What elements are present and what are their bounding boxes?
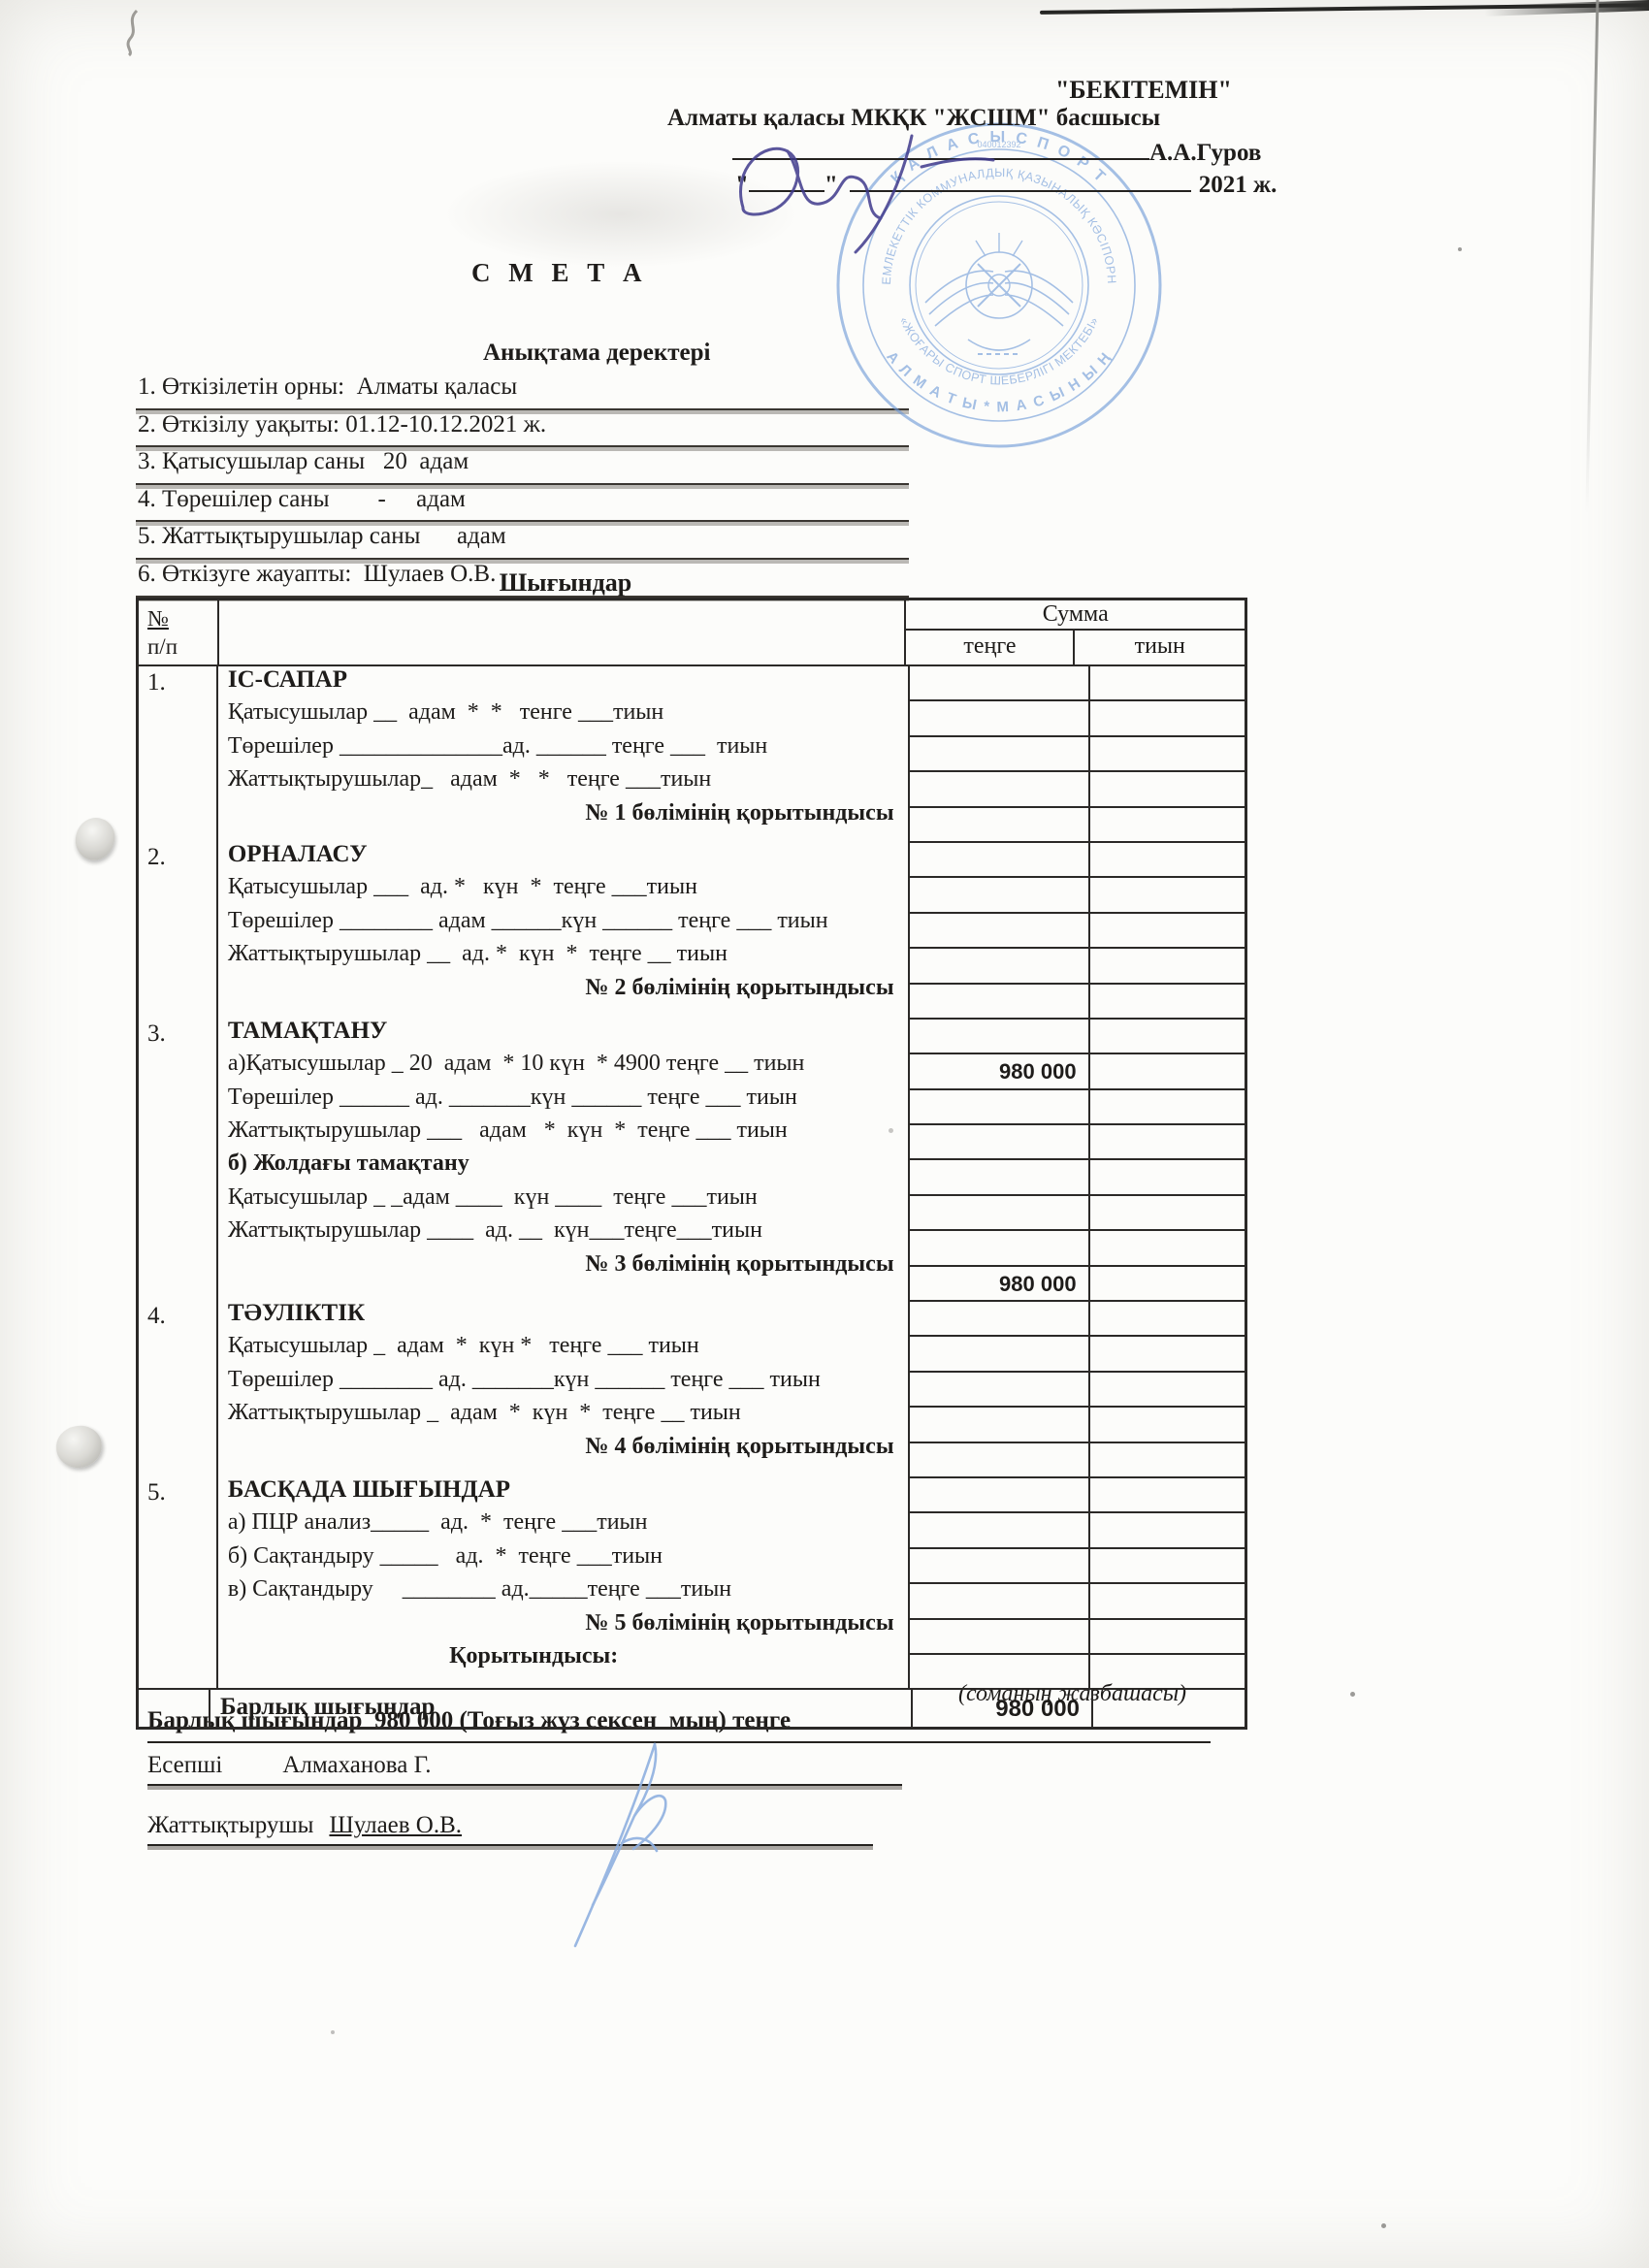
amount-tenge-cell: [910, 1655, 1090, 1688]
scan-artifact-blob: [71, 814, 118, 864]
coach-label: Жаттықтырушы: [147, 1812, 313, 1838]
tiyn-column-header: тиын: [1075, 631, 1245, 664]
amount-row: [910, 1194, 1245, 1229]
amount-tiyn-cell: [1090, 701, 1245, 734]
amount-tenge-cell: [910, 878, 1090, 911]
amount-row: [910, 983, 1245, 1018]
amount-tenge-cell: [910, 1513, 1090, 1546]
table-header: № п/п Сумма теңге тиын: [139, 600, 1245, 666]
amount-row: [910, 876, 1245, 911]
section-amounts: [910, 1476, 1245, 1688]
section-lines: ТАМАҚТАНУа)Қатысушылар _ 20 адам * 10 кү…: [218, 1018, 910, 1300]
amount-row: [910, 1018, 1245, 1053]
amount-tenge-cell: [910, 1020, 1090, 1053]
total-label: Барлық шығындар: [210, 1690, 913, 1727]
coach-name: Шулаев О.В.: [329, 1812, 462, 1838]
amount-tiyn-cell: [1090, 1584, 1245, 1617]
amount-row: [910, 666, 1245, 699]
expense-line: № 2 бөлімінің қорытындысы: [228, 975, 908, 1008]
expense-line: ТӘУЛІКТІК: [228, 1300, 908, 1333]
section-number: 5.: [139, 1476, 218, 1688]
amount-row: [910, 1582, 1245, 1617]
amount-tiyn-cell: [1090, 1549, 1245, 1582]
expense-line: Қорытындысы:: [228, 1643, 908, 1676]
coach-signature-row: ЖаттықтырушыШулаев О.В.: [147, 1812, 873, 1846]
expense-line: № 3 бөлімінің қорытындысы: [228, 1251, 908, 1284]
expense-table-body: 1.ІС-САПАРҚатысушылар __ адам * * тенге …: [139, 666, 1245, 1688]
amount-tiyn-cell: [1090, 737, 1245, 770]
section-lines: ОРНАЛАСУҚатысушылар ___ ад. * күн * теңг…: [218, 841, 910, 1018]
document-title: С М Е Т А: [471, 258, 648, 288]
expense-line: Жаттықтырушылар _ адам * күн * теңге __ …: [228, 1400, 908, 1433]
table-section: 4.ТӘУЛІКТІКҚатысушылар _ адам * күн * те…: [139, 1300, 1245, 1476]
expense-line: б) Сақтандыру _____ ад. * теңге ___тиын: [228, 1543, 908, 1576]
amount-tiyn-cell: [1090, 1443, 1245, 1476]
amount-tiyn-cell: [1090, 1196, 1245, 1229]
amount-tiyn-cell: [1090, 1408, 1245, 1441]
expense-line: ТАМАҚТАНУ: [228, 1018, 908, 1051]
amount-tiyn-cell: [1090, 1302, 1245, 1335]
amount-row: [910, 912, 1245, 947]
expense-line: Қатысушылар __ адам * * тенге ___тиын: [228, 699, 908, 732]
amount-tiyn-cell: [1090, 1655, 1245, 1688]
amount-tenge-cell: [910, 701, 1090, 734]
amount-tiyn-cell: [1090, 914, 1245, 947]
expense-line: в) Сақтандыру ________ ад._____теңге ___…: [228, 1576, 908, 1609]
amount-tenge-cell: [910, 985, 1090, 1018]
expense-line: Қатысушылар ___ ад. * күн * теңге ___тиы…: [228, 874, 908, 907]
amount-row: [910, 699, 1245, 734]
reference-lines: 1. Өткізілетін орны: Алматы қаласы2. Өтк…: [136, 373, 909, 598]
svg-text:«ЖОҒАРЫ СПОРТ ШЕБЕРЛІГІ МЕКТЕБ: «ЖОҒАРЫ СПОРТ ШЕБЕРЛІГІ МЕКТЕБІ»: [897, 315, 1102, 388]
section-number: 1.: [139, 666, 218, 841]
amount-tiyn-cell: [1090, 1373, 1245, 1406]
scan-speck: [331, 2030, 335, 2034]
amount-tiyn-cell: [1090, 878, 1245, 911]
amount-row: [910, 770, 1245, 805]
reference-heading: Анықтама деректері: [483, 340, 710, 367]
amount-tenge-cell: [910, 949, 1090, 982]
amount-row: [910, 1158, 1245, 1193]
expenses-table: № п/п Сумма теңге тиын 1.ІС-САПАРҚатысуш…: [136, 598, 1247, 1730]
number-sign: №: [147, 604, 217, 632]
accountant-label: Есепші: [147, 1752, 222, 1778]
section-number: 2.: [139, 841, 218, 1018]
amount-row: [910, 1088, 1245, 1123]
section-amounts: [910, 666, 1245, 841]
amount-tenge-cell: [910, 1125, 1090, 1158]
amount-tiyn-cell: [1090, 843, 1245, 876]
table-section: 3.ТАМАҚТАНУа)Қатысушылар _ 20 адам * 10 …: [139, 1018, 1245, 1300]
expense-line: № 5 бөлімінің қорытындысы: [228, 1610, 908, 1643]
amount-tiyn-cell: [1090, 985, 1245, 1018]
amount-tenge-cell: [910, 737, 1090, 770]
section-amounts: [910, 1300, 1245, 1476]
scanned-document-page: Қ А Л А С Ы С П О Р Т А Л М А Т Ы * М А …: [0, 0, 1649, 2268]
amount-tenge-cell: [910, 914, 1090, 947]
scan-speck: [1350, 1692, 1355, 1697]
scan-artifact-corner: [1484, 0, 1649, 16]
amount-tiyn-cell: [1090, 772, 1245, 805]
amount-tiyn-cell: [1090, 1337, 1245, 1370]
stamp-inner-bottom-text: «ЖОҒАРЫ СПОРТ ШЕБЕРЛІГІ МЕКТЕБІ»: [897, 315, 1102, 388]
reference-line: 1. Өткізілетін орны: Алматы қаласы: [136, 373, 909, 410]
amount-tiyn-cell: [1090, 1620, 1245, 1653]
amount-row: [910, 1229, 1245, 1264]
expense-line: Қатысушылар _ _адам ____ күн ____ теңге …: [228, 1184, 908, 1217]
amount-row: [910, 806, 1245, 841]
amount-tenge-cell: [910, 772, 1090, 805]
amount-tenge-cell: [910, 666, 1090, 699]
expense-line: Жаттықтырушылар ___ адам * күн * теңге _…: [228, 1118, 908, 1150]
amount-tenge-cell: 980 000: [910, 1267, 1090, 1300]
reference-line: 3. Қатысушылар саны 20 адам: [136, 447, 909, 485]
expense-line: Жаттықтырушылар ____ ад. __ күн___теңге_…: [228, 1217, 908, 1250]
accountant-name: Алмаханова Г.: [282, 1752, 431, 1778]
expense-line: а) ПЦР анализ_____ ад. * теңге ___тиын: [228, 1509, 908, 1542]
amount-tiyn-cell: [1090, 1267, 1245, 1300]
amount-tenge-cell: [910, 1337, 1090, 1370]
amount-tiyn-cell: [1090, 949, 1245, 982]
reference-line: 4. Төрешілер саны - адам: [136, 485, 909, 523]
amount-tenge-cell: [910, 1160, 1090, 1193]
expense-line: Төрешілер ________ ад. _______күн ______…: [228, 1367, 908, 1400]
amount-tenge-cell: [910, 1478, 1090, 1511]
amount-row: [910, 1123, 1245, 1158]
amount-row: [910, 735, 1245, 770]
expense-line: ОРНАЛАСУ: [228, 841, 908, 874]
amount-row: [910, 841, 1245, 876]
amount-tenge-cell: [910, 1373, 1090, 1406]
section-number: 4.: [139, 1300, 218, 1476]
column-header-number: № п/п: [139, 600, 219, 664]
scan-speck: [1458, 247, 1462, 251]
amount-row: [910, 1442, 1245, 1476]
section-number: 3.: [139, 1018, 218, 1300]
scan-artifact-blob: [53, 1423, 105, 1471]
table-section: 5.БАСҚАДА ШЫҒЫНДАРа) ПЦР анализ_____ ад.…: [139, 1476, 1245, 1688]
total-tiyn-value: [1093, 1690, 1245, 1727]
total-number-cell: [139, 1690, 210, 1727]
expense-line: № 1 бөлімінің қорытындысы: [228, 800, 908, 833]
section-amounts: [910, 841, 1245, 1018]
year-label: 2021 ж.: [1199, 172, 1277, 198]
amount-tiyn-cell: [1090, 1160, 1245, 1193]
amount-tiyn-cell: [1090, 666, 1245, 699]
number-sub: п/п: [147, 632, 217, 661]
sum-label: Сумма: [906, 600, 1245, 631]
amount-row: 980 000: [910, 1053, 1245, 1087]
amount-row: [910, 1547, 1245, 1582]
scan-speck: [1381, 2223, 1386, 2228]
amount-tiyn-cell: [1090, 1125, 1245, 1158]
amount-tiyn-cell: [1090, 1054, 1245, 1087]
approve-label: "БЕКІТЕМІН": [1055, 76, 1288, 105]
expense-line: № 4 бөлімінің қорытындысы: [228, 1434, 908, 1467]
expense-line: Төрешілер ______________ад. ______ теңге…: [228, 733, 908, 766]
tenge-column-header: теңге: [906, 631, 1075, 664]
amount-row: [910, 1653, 1245, 1688]
total-tenge-value: 980 000: [913, 1690, 1093, 1727]
amount-tenge-cell: [910, 1408, 1090, 1441]
scan-artifact-page-edge: [1585, 0, 1599, 514]
section-amounts: 980 000980 000: [910, 1018, 1245, 1300]
amount-tenge-cell: [910, 1584, 1090, 1617]
amount-row: [910, 1618, 1245, 1653]
accountant-signature-row: ЕсепшіАлмаханова Г.: [147, 1752, 902, 1786]
amount-tiyn-cell: [1090, 1231, 1245, 1264]
amount-tiyn-cell: [1090, 1478, 1245, 1511]
expense-line: ІС-САПАР: [228, 666, 908, 699]
amount-tiyn-cell: [1090, 1090, 1245, 1123]
expenses-heading: Шығындар: [415, 568, 716, 598]
amount-row: 980 000: [910, 1265, 1245, 1300]
amount-tenge-cell: [910, 1549, 1090, 1582]
column-header-sum: Сумма теңге тиын: [906, 600, 1245, 664]
amount-tenge-cell: [910, 843, 1090, 876]
amount-tiyn-cell: [1090, 1513, 1245, 1546]
amount-row: [910, 1335, 1245, 1370]
amount-tenge-cell: [910, 1231, 1090, 1264]
amount-row: [910, 947, 1245, 982]
amount-tenge-cell: 980 000: [910, 1054, 1090, 1087]
expense-line: б) Жолдағы тамақтану: [228, 1150, 908, 1183]
expense-line: Қатысушылар _ адам * күн * теңге ___ тиы…: [228, 1333, 908, 1366]
amount-tenge-cell: [910, 1090, 1090, 1123]
amount-tenge-cell: [910, 1196, 1090, 1229]
amount-row: [910, 1511, 1245, 1546]
approver-name: А.А.Гуров: [1149, 140, 1261, 166]
amount-row: [910, 1476, 1245, 1511]
section-lines: ТӘУЛІКТІКҚатысушылар _ адам * күн * теңг…: [218, 1300, 910, 1476]
expense-line: Төрешілер ________ адам ______күн ______…: [228, 908, 908, 941]
expense-line: БАСҚАДА ШЫҒЫНДАР: [228, 1476, 908, 1509]
amount-tiyn-cell: [1090, 1020, 1245, 1053]
amount-row: [910, 1406, 1245, 1441]
handwritten-signature-director: [710, 124, 1030, 256]
staple-mark: [122, 8, 147, 58]
amount-tenge-cell: [910, 1302, 1090, 1335]
expense-line: Төрешілер ______ ад. _______күн ______ т…: [228, 1085, 908, 1118]
amount-tenge-cell: [910, 1443, 1090, 1476]
amount-tiyn-cell: [1090, 808, 1245, 841]
total-row: Барлық шығындар 980 000: [139, 1688, 1245, 1727]
table-section: 1.ІС-САПАРҚатысушылар __ адам * * тенге …: [139, 666, 1245, 841]
handwritten-signature-coach: [529, 1725, 752, 1958]
expense-line: а)Қатысушылар _ 20 адам * 10 күн * 4900 …: [228, 1051, 908, 1084]
amount-tenge-cell: [910, 1620, 1090, 1653]
reference-line: 5. Жаттықтырушылар саны адам: [136, 522, 909, 560]
section-lines: БАСҚАДА ШЫҒЫНДАРа) ПЦР анализ_____ ад. *…: [218, 1476, 910, 1688]
table-section: 2.ОРНАЛАСУҚатысушылар ___ ад. * күн * те…: [139, 841, 1245, 1018]
amount-row: [910, 1371, 1245, 1406]
expense-line: Жаттықтырушылар __ ад. * күн * теңге __ …: [228, 941, 908, 974]
amount-row: [910, 1300, 1245, 1335]
amount-tenge-cell: [910, 808, 1090, 841]
reference-line: 2. Өткізілу уақыты: 01.12-10.12.2021 ж.: [136, 410, 909, 448]
expense-line: Жаттықтырушылар_ адам * * теңге ___тиын: [228, 766, 908, 799]
section-lines: ІС-САПАРҚатысушылар __ адам * * тенге __…: [218, 666, 910, 841]
column-header-description: [219, 600, 907, 664]
